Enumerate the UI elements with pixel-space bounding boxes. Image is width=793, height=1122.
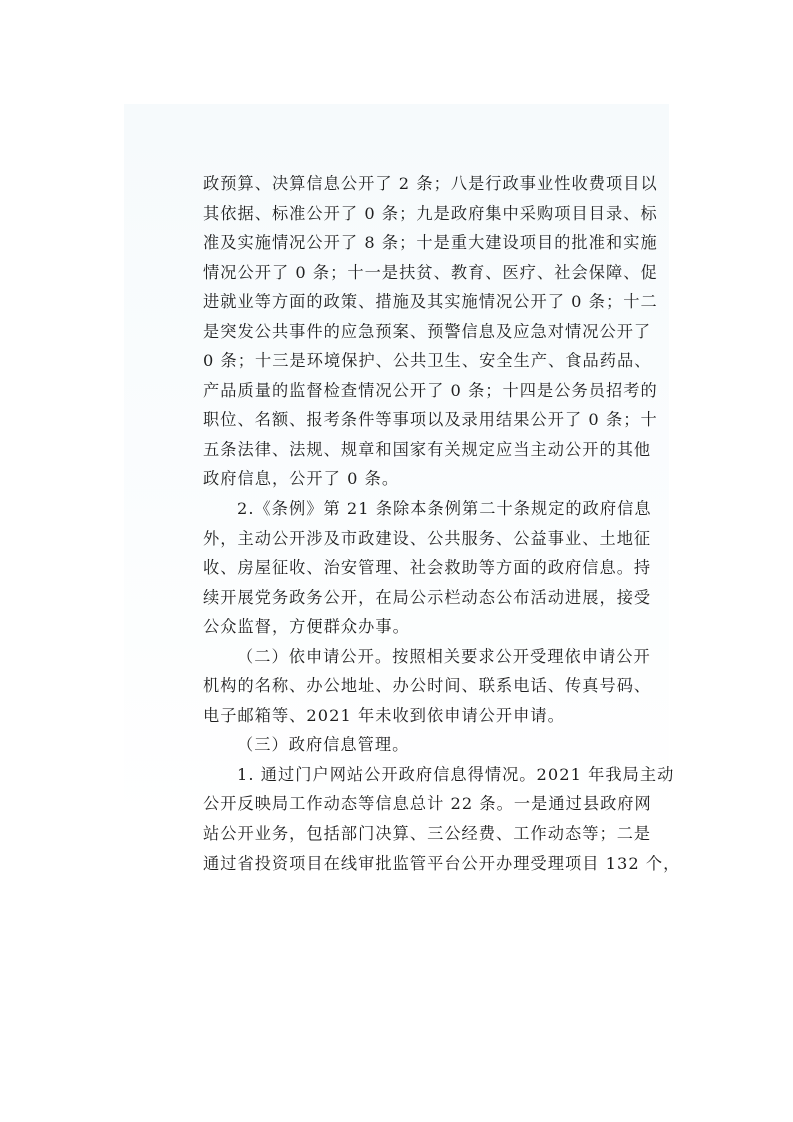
text-line: 政预算、决算信息公开了 2 条；八是行政事业性收费项目以	[203, 169, 585, 199]
text-line: 政府信息，公开了 0 条。	[203, 464, 585, 494]
text-line: 2.《条例》第 21 条除本条例第二十条规定的政府信息	[203, 494, 585, 524]
section-heading-line: （二）依申请公开。按照相关要求公开受理依申请公开	[203, 642, 585, 672]
text-line: 机构的名称、办公地址、办公时间、联系电话、传真号码、	[203, 671, 585, 701]
text-line: 进就业等方面的政策、措施及其实施情况公开了 0 条；十二	[203, 287, 585, 317]
text-line: 电子邮箱等、2021 年未收到依申请公开申请。	[203, 701, 585, 731]
paragraph-disclosure-on-request: （二）依申请公开。按照相关要求公开受理依申请公开 机构的名称、办公地址、办公时间…	[203, 642, 585, 731]
text-line: 其依据、标准公开了 0 条；九是政府集中采购项目目录、标	[203, 199, 585, 229]
paragraph-public-items-continued: 政预算、决算信息公开了 2 条；八是行政事业性收费项目以 其依据、标准公开了 0…	[203, 169, 585, 494]
text-line: 公众监督，方便群众办事。	[203, 612, 585, 642]
document-body: 政预算、决算信息公开了 2 条；八是行政事业性收费项目以 其依据、标准公开了 0…	[203, 169, 585, 878]
text-line: 是突发公共事件的应急预案、预警信息及应急对情况公开了	[203, 317, 585, 347]
paragraph-info-management-heading: （三）政府信息管理。	[203, 730, 585, 760]
text-line: 职位、名额、报考条件等事项以及录用结果公开了 0 条；十	[203, 405, 585, 435]
text-line: 五条法律、法规、规章和国家有关规定应当主动公开的其他	[203, 435, 585, 465]
text-line: 产品质量的监督检查情况公开了 0 条；十四是公务员招考的	[203, 376, 585, 406]
text-line: 外，主动公开涉及市政建设、公共服务、公益事业、土地征	[203, 524, 585, 554]
paragraph-regulation-article-21: 2.《条例》第 21 条除本条例第二十条规定的政府信息 外，主动公开涉及市政建设…	[203, 494, 585, 642]
text-line: 1. 通过门户网站公开政府信息得情况。2021 年我局主动	[203, 760, 585, 790]
text-line: 站公开业务，包括部门决算、三公经费、工作动态等；二是	[203, 819, 585, 849]
text-line: 准及实施情况公开了 8 条；十是重大建设项目的批准和实施	[203, 228, 585, 258]
text-line: 0 条；十三是环境保护、公共卫生、安全生产、食品药品、	[203, 346, 585, 376]
text-line: 通过省投资项目在线审批监管平台公开办理受理项目 132 个，	[203, 849, 585, 879]
text-line: 情况公开了 0 条；十一是扶贫、教育、医疗、社会保障、促	[203, 258, 585, 288]
paragraph-portal-disclosure: 1. 通过门户网站公开政府信息得情况。2021 年我局主动 公开反映局工作动态等…	[203, 760, 585, 878]
text-line: 续开展党务政务公开，在局公示栏动态公布活动进展，接受	[203, 583, 585, 613]
text-line: 收、房屋征收、治安管理、社会救助等方面的政府信息。持	[203, 553, 585, 583]
section-heading: （三）政府信息管理。	[203, 730, 585, 760]
text-line: 公开反映局工作动态等信息总计 22 条。一是通过县政府网	[203, 789, 585, 819]
